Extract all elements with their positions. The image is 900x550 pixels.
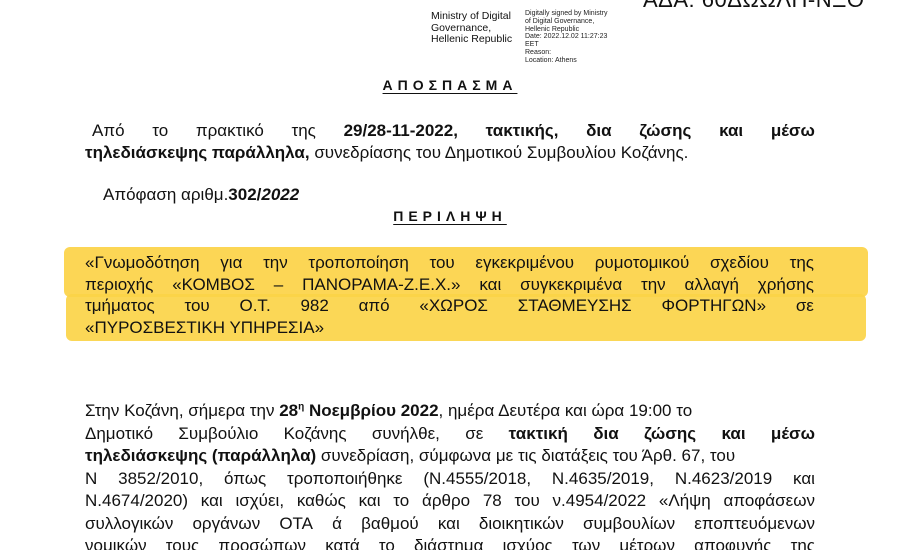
summary-word: ΠΑΝΟΡΑΜΑ-Ζ.Ε.Χ.»: [302, 274, 460, 296]
intro-bold-word: 29/28-11-2022,: [344, 120, 458, 142]
intro-word: το: [152, 120, 168, 142]
summary-word: χρήσης: [758, 274, 814, 296]
body-line-7: νομικώντουςπροσώπωνκατάτοδιάστημαισχύοςτ…: [85, 535, 815, 550]
ada-code: ΑΔΑ: 60ΔΩΩΛΗ-ΝΞΘ: [643, 0, 865, 13]
summary-word: συγκεκριμένα: [520, 274, 622, 296]
summary-word: την: [263, 252, 288, 274]
body-word: Ν.4635/2019,: [552, 468, 654, 491]
summary-word: τμήματος: [85, 295, 155, 317]
body-line-1: Στην Κοζάνη, σήμερα την 28η Νοεμβρίου 20…: [85, 400, 815, 423]
summary-word: ΦΟΡΤΗΓΩΝ»: [661, 295, 766, 317]
body-line-6: συλλογικώνοργάνωνΟΤΑάβαθμούκαιδιοικητικώ…: [85, 513, 815, 536]
summary-word: σχεδίου: [710, 252, 769, 274]
summary-title-text: ΠΕΡΙΛΗΨΗ: [393, 208, 507, 224]
summary-title: ΠΕΡΙΛΗΨΗ: [0, 208, 900, 224]
signer-name: Ministry of Digital Governance, Hellenic…: [431, 11, 521, 46]
body-word: βαθμού: [361, 513, 419, 536]
summary-line: «Γνωμοδότησηγιατηντροποποίησητουεγκεκριμ…: [85, 252, 814, 274]
summary-word: του: [429, 252, 454, 274]
body-word: διοικητικών: [479, 513, 564, 536]
signature-line: EET: [525, 41, 625, 49]
body-word: συμβουλίων: [583, 513, 675, 536]
body-word: αποφάσεων: [724, 490, 815, 513]
body-word: συνήλθε,: [372, 423, 440, 446]
body-text: , ημέρα Δευτέρα και ώρα 19:00 το: [439, 401, 693, 420]
body-word: Δημοτικό: [85, 423, 153, 446]
summary-word: την: [641, 274, 666, 296]
body-word: κατά: [325, 535, 359, 550]
summary-word: «ΠΥΡΟΣΒΕΣΤΙΚΗ ΥΠΗΡΕΣΙΑ»: [85, 318, 324, 337]
summary-word: –: [274, 274, 283, 296]
body-word: και: [793, 468, 815, 491]
document-title: ΑΠΟΣΠΑΣΜΑ: [0, 77, 900, 93]
intro-word: Από: [92, 120, 125, 142]
body-word: του: [515, 490, 540, 513]
body-word: νομικών: [85, 535, 147, 550]
summary-word: για: [220, 252, 242, 274]
summary-word: του: [184, 295, 209, 317]
signature-line: Hellenic Republic: [525, 26, 625, 34]
summary-word: Ο.Τ.: [239, 295, 270, 317]
document-page: ΑΔΑ: 60ΔΩΩΛΗ-ΝΞΘ Ministry of Digital Gov…: [0, 0, 900, 550]
signature-line: Reason:: [525, 49, 625, 57]
body-word: 3852/2010,: [118, 468, 203, 491]
document-title-text: ΑΠΟΣΠΑΣΜΑ: [383, 77, 518, 93]
body-word: και: [201, 490, 223, 513]
body-word: όπως: [224, 468, 266, 491]
body-word: «Λήψη: [659, 490, 711, 513]
summary-line: «ΠΥΡΟΣΒΕΣΤΙΚΗ ΥΠΗΡΕΣΙΑ»: [85, 317, 814, 339]
intro-bold-word: τακτικής,: [486, 120, 559, 142]
signature-line: of Digital Governance,: [525, 18, 625, 26]
body-bold-text: τηλεδιάσκεψης (παράλληλα): [85, 446, 316, 465]
decision-year: 2022: [261, 185, 299, 204]
summary-word: ρυμοτομικού: [595, 252, 690, 274]
summary-word: ΣΤΑΘΜΕΥΣΗΣ: [518, 295, 632, 317]
body-word: Συμβούλιο: [178, 423, 258, 446]
summary-word: και: [479, 274, 501, 296]
summary-word: «ΚΟΜΒΟΣ: [172, 274, 255, 296]
body-word: το: [393, 490, 409, 513]
intro-bold-word: μέσω: [771, 120, 815, 142]
intro-text: συνεδρίασης του Δημοτικού Συμβουλίου Κοζ…: [310, 143, 689, 162]
summary-word: από: [359, 295, 390, 317]
intro-bold-word: ζώσης: [639, 120, 691, 142]
body-word: Ν.4674/2020): [85, 490, 188, 513]
body-word: τους: [166, 535, 199, 550]
summary-word: 982: [300, 295, 328, 317]
body-paragraph: Στην Κοζάνη, σήμερα την 28η Νοεμβρίου 20…: [85, 400, 815, 550]
summary-line: τμήματοςτουΟ.Τ.982από«ΧΩΡΟΣΣΤΑΘΜΕΥΣΗΣΦΟΡ…: [85, 295, 814, 317]
body-word: δια: [593, 423, 618, 446]
intro-paragraph: Από το πρακτικό της 29/28-11-2022,τακτικ…: [85, 120, 815, 164]
intro-line-1: Από το πρακτικό της 29/28-11-2022,τακτικ…: [85, 120, 815, 142]
body-word: μέτρων: [619, 535, 675, 550]
body-word: ζώσης: [644, 423, 696, 446]
body-word: ΟΤΑ: [279, 513, 313, 536]
summary-word: της: [790, 252, 814, 274]
intro-line-2: τηλεδιάσκεψης παράλληλα, συνεδρίασης του…: [85, 142, 815, 164]
body-word: τακτική: [509, 423, 568, 446]
body-word: (Ν.4555/2018,: [423, 468, 531, 491]
body-word: εποπτευόμενων: [694, 513, 815, 536]
body-word: καθώς: [297, 490, 346, 513]
summary-line: περιοχής«ΚΟΜΒΟΣ–ΠΑΝΟΡΑΜΑ-Ζ.Ε.Χ.»καισυγκε…: [85, 274, 814, 296]
body-word: και: [438, 513, 460, 536]
body-word: το: [379, 535, 395, 550]
body-word: και: [359, 490, 381, 513]
intro-word: της: [292, 120, 316, 142]
body-word: ισχύος: [503, 535, 553, 550]
body-text: Στην Κοζάνη, σήμερα την: [85, 401, 279, 420]
body-word: διάστημα: [414, 535, 483, 550]
signature-line: Date: 2022.12.02 11:27:23: [525, 33, 625, 41]
body-word: άρθρο: [422, 490, 470, 513]
summary-text: «Γνωμοδότησηγιατηντροποποίησητουεγκεκριμ…: [85, 252, 814, 338]
signature-line: Location: Athens: [525, 57, 625, 65]
body-text: συνεδρίαση, σύμφωνα με τις διατάξεις του…: [316, 446, 735, 465]
decision-number: Απόφαση αριθμ.302/2022: [103, 185, 299, 205]
body-word: ισχύει,: [235, 490, 284, 513]
summary-word: «ΧΩΡΟΣ: [419, 295, 488, 317]
intro-bold-text: τηλεδιάσκεψης παράλληλα,: [85, 143, 310, 162]
body-word: ά: [332, 513, 342, 536]
intro-bold-word: δια: [586, 120, 611, 142]
body-word: 78: [483, 490, 502, 513]
body-word: Κοζάνης: [284, 423, 347, 446]
intro-bold-word: και: [719, 120, 743, 142]
summary-word: εγκεκριμένου: [475, 252, 574, 274]
body-line-5: Ν.4674/2020)καιισχύει,καθώςκαιτοάρθρο78τ…: [85, 490, 815, 513]
meeting-day: 28: [279, 401, 298, 420]
body-line-2: ΔημοτικόΣυμβούλιοΚοζάνηςσυνήλθε,σετακτικ…: [85, 423, 815, 446]
summary-word: «Γνωμοδότηση: [85, 252, 200, 274]
body-word: προσώπων: [218, 535, 306, 550]
meeting-date: Νοεμβρίου 2022: [304, 401, 438, 420]
summary-word: περιοχής: [85, 274, 153, 296]
body-word: ν.4954/2022: [553, 490, 647, 513]
decision-label: Απόφαση αριθμ.: [103, 185, 228, 204]
summary-word: τροποποίηση: [308, 252, 408, 274]
summary-word: αλλαγή: [685, 274, 739, 296]
intro-word: πρακτικό: [196, 120, 264, 142]
body-word: μέσω: [771, 423, 815, 446]
decision-number-value: 302/: [228, 185, 261, 204]
body-word: σε: [465, 423, 483, 446]
body-word: αποφυγής: [694, 535, 771, 550]
body-word: συλλογικών: [85, 513, 173, 536]
body-word: Ν.4623/2019: [675, 468, 772, 491]
signature-line: Digitally signed by Ministry: [525, 10, 625, 18]
body-word: τροποποιήθηκε: [287, 468, 402, 491]
body-line-3: τηλεδιάσκεψης (παράλληλα) συνεδρίαση, σύ…: [85, 445, 815, 468]
digital-signature-info: Digitally signed by Ministry of Digital …: [525, 10, 625, 65]
body-word: των: [572, 535, 600, 550]
body-word: της: [791, 535, 815, 550]
body-word: Ν: [85, 468, 97, 491]
body-line-4: Ν3852/2010,όπωςτροποποιήθηκε(Ν.4555/2018…: [85, 468, 815, 491]
summary-word: σε: [796, 295, 814, 317]
body-word: οργάνων: [192, 513, 260, 536]
body-word: και: [721, 423, 745, 446]
